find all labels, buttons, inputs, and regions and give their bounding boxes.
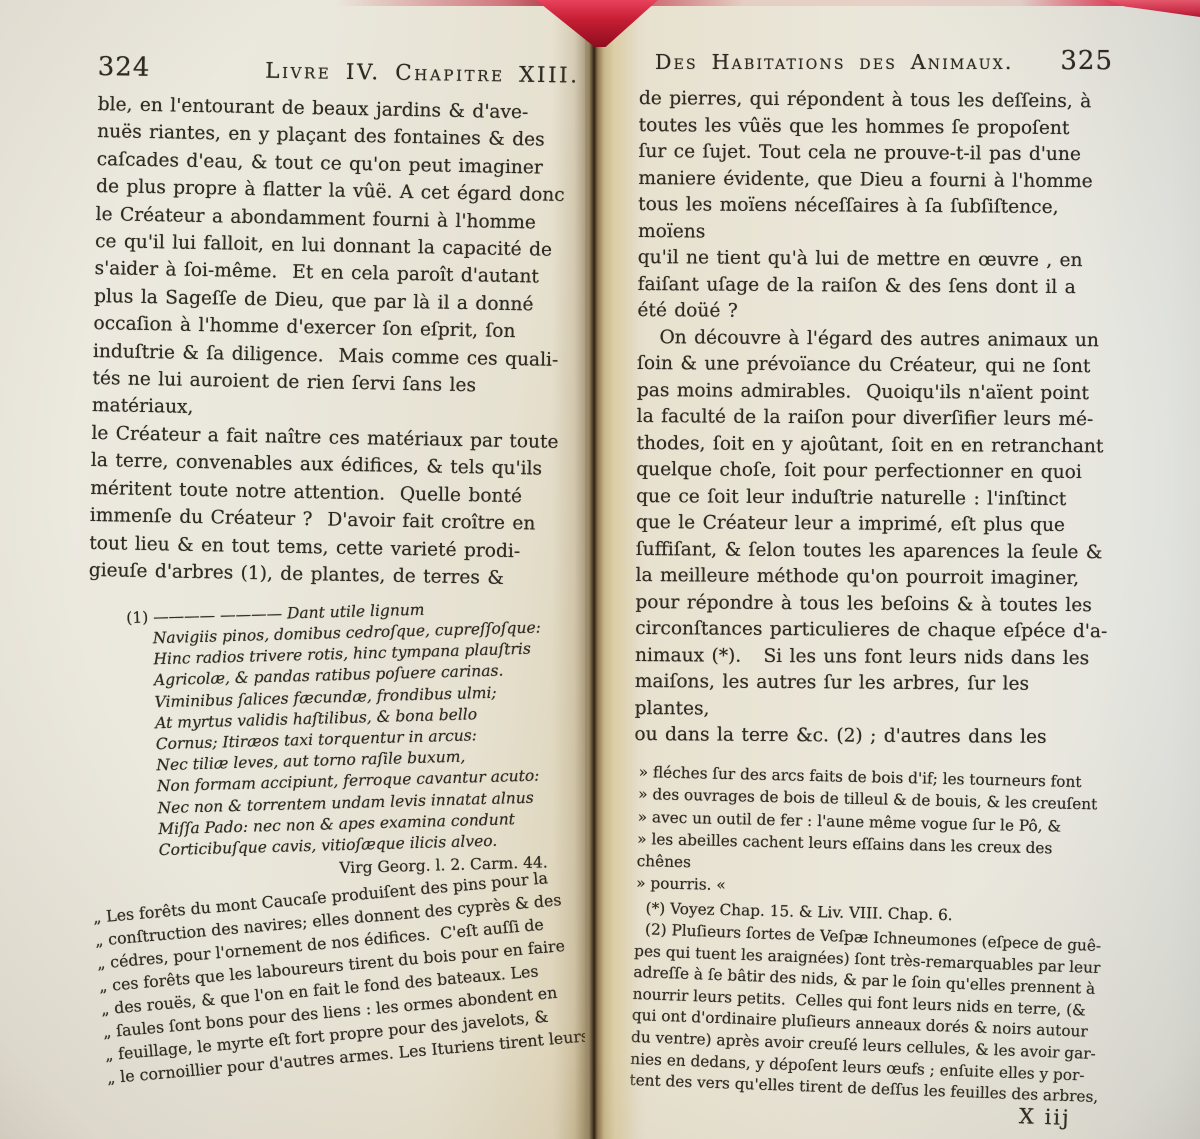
footnote-2: (2) Pluſieurs ſortes de Veſpæ Ichneumone…: [629, 918, 1109, 1108]
left-page-number: 324: [98, 52, 151, 83]
right-body-text: de pierres, qui répondent à tous les deſ…: [634, 86, 1113, 752]
right-header-title: Des Habitations des Animaux.: [655, 50, 1014, 74]
footnote-dashes: ———— ————: [153, 605, 282, 627]
right-page-number: 325: [1060, 46, 1113, 76]
text-line: été doüé ?: [637, 298, 1111, 328]
left-header-title: Livre IV. Chapitre XIII.: [265, 59, 580, 89]
right-page-content: Des Habitations des Animaux. 325 de pier…: [639, 46, 1113, 1119]
book-spread-photo: { "left_page": { "page_number": "324", "…: [0, 0, 1200, 1139]
text-line: que le Créateur leur a imprimé, eſt plus…: [636, 510, 1110, 540]
text-line: toutes les vûës que les hommes ſe propoſ…: [639, 112, 1113, 142]
text-line: la meilleure méthode qu'on pourroit imag…: [635, 563, 1109, 593]
right-quote-block: » fléches ſur des arcs faits de bois d'i…: [636, 761, 1113, 906]
text-line: ou dans la terre &c. (2) ; d'autres dans…: [634, 722, 1108, 752]
text-line: On découvre à l'égard des autres animaux…: [637, 324, 1111, 354]
left-page-content: 324 Livre IV. Chapitre XIII. ble, en l'e…: [98, 52, 580, 1090]
text-line: nimaux (*). Si les uns font leurs nids d…: [635, 642, 1109, 672]
text-line: thodes, ſoit en y ajoûtant, ſoit en en r…: [636, 430, 1110, 460]
left-running-header: 324 Livre IV. Chapitre XIII.: [98, 52, 580, 90]
right-running-header: Des Habitations des Animaux. 325: [639, 46, 1113, 76]
left-page: 324 Livre IV. Chapitre XIII. ble, en l'e…: [0, 0, 585, 1139]
text-line: ſur ce ſujet. Tout cela ne prouve-t-il p…: [638, 139, 1112, 169]
text-line: ſuffiſant, & ſelon toutes les aparences …: [636, 536, 1110, 566]
text-line: maniere évidente, que Dieu a fourni à l'…: [638, 165, 1112, 195]
text-line: de pierres, qui répondent à tous les deſ…: [639, 86, 1113, 116]
footnote-intro-text: Dant utile lignum: [287, 601, 425, 623]
text-line: que ce ſoit leur induſtrie naturelle : l…: [636, 483, 1110, 513]
text-line: circonſtances particulieres de chaque eſ…: [635, 616, 1109, 646]
text-line: tés ne lui auroient de rien ſervi ſans l…: [92, 365, 575, 429]
footnote-marker: (1): [126, 609, 148, 628]
text-line: pour répondre à tous les beſoins & à tou…: [635, 589, 1109, 619]
text-line: pas moins admirables. Quoiqu'ils n'aïent…: [637, 377, 1111, 407]
text-line: faiſant uſage de la raiſon & des ſens do…: [638, 271, 1112, 301]
text-line: qu'il ne tient qu'à lui de mettre en œuv…: [638, 245, 1112, 275]
right-footnotes: » fléches ſur des arcs faits de bois d'i…: [631, 761, 1113, 1130]
left-body-text: ble, en l'entourant de beaux jardins & d…: [89, 91, 580, 593]
text-line: ſoin & une prévoïance du Créateur, qui n…: [637, 351, 1111, 381]
text-line: la faculté de la raiſon pour diverſifier…: [637, 404, 1111, 434]
left-footnote: (1) ———— ———— Dant utile lignum Navigiis…: [126, 596, 588, 884]
gathering-signature: X iij: [1019, 1103, 1106, 1130]
text-line: quelque choſe, ſoit pour perfectionner e…: [636, 457, 1110, 487]
photo-stage: 324 Livre IV. Chapitre XIII. ble, en l'e…: [0, 0, 1200, 1139]
latin-verse: Navigiis pinos, domibus cedroſque, cupre…: [153, 617, 587, 862]
right-page: Des Habitations des Animaux. 325 de pier…: [585, 0, 1200, 1139]
text-line: tous les moïens néceſſaires à ſa ſubſiſt…: [638, 192, 1112, 248]
left-quote-block: „ Les forêts du mont Caucaſe produiſent …: [92, 863, 594, 1089]
text-line: maiſons, les autres ſur les arbres, ſur …: [635, 669, 1109, 725]
